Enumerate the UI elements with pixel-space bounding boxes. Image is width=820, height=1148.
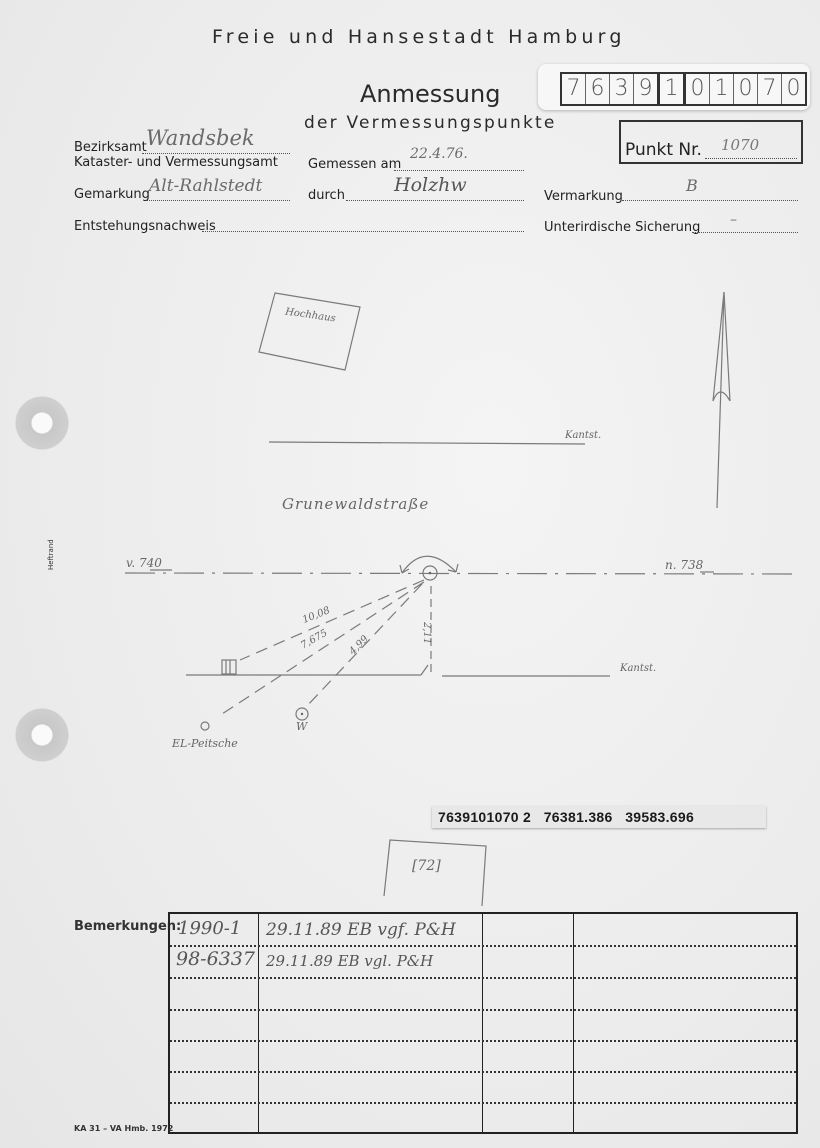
entstehung-line (202, 231, 524, 232)
survey-form-page: Heftrand Freie und Hansestadt Hamburg An… (0, 0, 820, 1148)
row-divider (170, 1102, 796, 1104)
gemarkung-value[interactable]: Alt-Rahlstedt (149, 176, 262, 196)
form-code: KA 31 – VA Hmb. 1972 (74, 1124, 173, 1133)
sicherung-line (692, 232, 798, 233)
row-divider (170, 977, 796, 979)
vermarkung-line (622, 200, 798, 201)
north-arrow-shaft (717, 292, 724, 508)
punch-hole-bottom (15, 708, 69, 762)
code-digit: 1 (710, 74, 734, 104)
measurement-7-675: 7,675 (299, 628, 329, 652)
punch-hole-top (15, 396, 69, 450)
street-name: Grunewaldstraße (282, 495, 429, 513)
remark-ref[interactable]: 98-6337 (176, 948, 255, 970)
form-title: Anmessung (360, 80, 500, 108)
coordinate-label: 7639101070 2 76381.386 39583.696 (432, 806, 766, 828)
upper-curb-line (269, 442, 585, 444)
gemessen-value[interactable]: 22.4.76. (410, 146, 468, 162)
durch-value[interactable]: Holzhw (394, 174, 467, 196)
code-digit: 3 (610, 74, 634, 104)
gemarkung-label: Gemarkung (74, 187, 150, 202)
remark-entry[interactable]: 29.11.89 EB vgl. P&H (266, 952, 433, 970)
code-digit: 0 (686, 74, 710, 104)
form-subtitle: der Vermessungspunkte (304, 113, 557, 133)
parcel-label: [72] (412, 858, 441, 874)
binding-margin-label: Heftrand (47, 539, 55, 570)
coordinate-x: 76381.386 (544, 809, 613, 825)
street-centerline (125, 573, 800, 574)
el-label: EL-Peitsche (172, 737, 238, 750)
vermarkung-label: Vermarkung (544, 189, 623, 204)
gemessen-line (394, 170, 524, 171)
ray-10-08 (240, 580, 424, 660)
code-digit: 6 (586, 74, 610, 104)
arc-arrow (402, 556, 456, 573)
remark-entry[interactable]: 29.11.89 EB vgf. P&H (266, 920, 456, 940)
coordinate-point-id: 7639101070 2 (438, 809, 531, 825)
row-divider (170, 1071, 796, 1073)
ray-7-675 (222, 582, 424, 714)
code-digit: 9 (634, 74, 660, 104)
remarks-label: Bemerkungen: (74, 919, 181, 934)
bezirksamt-label: Bezirksamt (74, 140, 147, 155)
code-digit: 7 (758, 74, 782, 104)
w-label: W (296, 720, 307, 733)
curb-label-bottom: Kantst. (620, 663, 656, 674)
right-reference: n. 738 (665, 558, 703, 572)
vermarkung-value[interactable]: B (686, 176, 698, 195)
code-digit: 0 (782, 74, 805, 104)
remarks-table: 1990-1 29.11.89 EB vgf. P&H 98-6337 29.1… (168, 912, 798, 1134)
point-number-line (705, 158, 797, 159)
entstehung-label: Entstehungsnachweis (74, 219, 216, 234)
row-divider (170, 1040, 796, 1042)
code-digit: 7 (562, 74, 586, 104)
point-number-label: Punkt Nr. (625, 140, 702, 160)
durch-line (346, 200, 524, 201)
row-divider (170, 945, 796, 947)
bezirksamt-value[interactable]: Wandsbek (146, 126, 255, 150)
durch-label: durch (308, 188, 345, 203)
remark-ref[interactable]: 1990-1 (178, 918, 241, 939)
north-arrow-head (713, 292, 730, 401)
coordinate-y: 39583.696 (625, 809, 694, 825)
measurement-2-11: 2,11 (421, 622, 432, 644)
building-outline (259, 293, 360, 370)
measurement-4-99: 4,99 (347, 634, 371, 658)
point-number-value[interactable]: 1070 (721, 136, 759, 154)
authority-title: Freie und Hansestadt Hamburg (212, 26, 626, 48)
left-reference: v. 740 (126, 556, 162, 570)
curb-label-top: Kantst. (565, 430, 601, 441)
row-divider (170, 1009, 796, 1011)
point-code-label: 7 6 3 9 1 0 1 0 7 0 (538, 64, 810, 110)
gemarkung-line (147, 200, 290, 201)
code-digit: 1 (660, 74, 686, 104)
sicherung-label: Unterirdische Sicherung (544, 220, 700, 235)
kataster-label: Kataster- und Vermessungsamt (74, 155, 278, 170)
bezirksamt-line (142, 153, 290, 154)
code-digit: 0 (734, 74, 758, 104)
point-code-boxes: 7 6 3 9 1 0 1 0 7 0 (560, 72, 807, 106)
point-number-box: Punkt Nr. 1070 (619, 120, 803, 164)
gemessen-label: Gemessen am (308, 157, 401, 172)
building-label: Hochhaus (284, 307, 336, 325)
measurement-10-08: 10,08 (301, 605, 332, 626)
sicherung-value[interactable]: – (730, 212, 737, 228)
